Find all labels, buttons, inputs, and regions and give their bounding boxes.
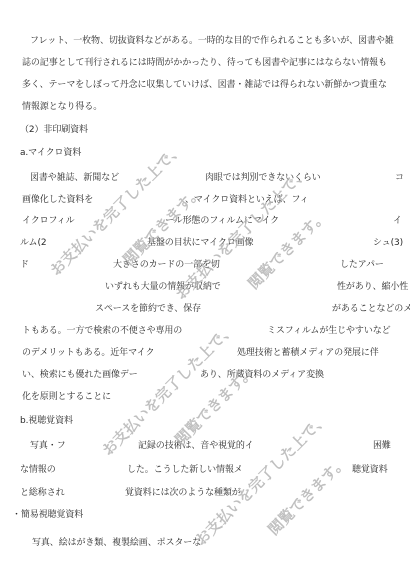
text-segment: 性があり、縮小性 xyxy=(337,279,408,292)
text-line: な情報のした。こうした新しい情報メ聴覚資料 xyxy=(0,462,410,475)
text-segment: な情報の xyxy=(20,462,56,475)
text-segment: 画像化した資料を xyxy=(22,192,93,205)
text-segment: のデメリットもある。近年マイク xyxy=(22,345,154,358)
text-segment: 覚資料には次のような種類が xyxy=(125,485,241,498)
text-line: ルム(2基盤の目状にマイクロ画像シュ(3) xyxy=(0,235,410,248)
text-segment: イクロフィル xyxy=(22,213,75,226)
text-segment: ール形態のフィルムにマイク xyxy=(165,213,279,226)
text-line: 写真、絵はがき類、複製絵画、ポスターな xyxy=(0,535,410,548)
text-line: ド大きさのカードの一部を切したアパー xyxy=(0,257,410,270)
text-segment: 、マイクロ資料といえば、フィ xyxy=(185,192,309,205)
text-line: フレット、一枚物、切抜資料などがある。一時的な目的で作られることも多いが、図書や… xyxy=(0,33,410,46)
text-line: と総称され覚資料には次のような種類が xyxy=(0,485,410,498)
text-segment: 図書や雑誌、新聞など xyxy=(30,170,119,183)
text-segment: （2）非印刷資料 xyxy=(20,122,88,135)
text-segment: ・簡易視聴覚資料 xyxy=(12,507,83,520)
text-segment: 大きさのカードの一部を切 xyxy=(113,257,220,270)
text-line: イクロフィルール形態のフィルムにマイクイ xyxy=(0,213,410,226)
text-segment: 多く、テーマをしぼって丹念に収集していけば、図書・雑誌では得られない新鮮かつ貴重… xyxy=(22,77,387,90)
text-segment: 基盤の目状にマイクロ画像 xyxy=(147,235,253,248)
text-segment: 記録の技術は、音や視覚的イ xyxy=(138,438,254,451)
text-line: 写真・フ記録の技術は、音や視覚的イ困難 xyxy=(0,438,410,451)
text-line: b.視聴覚資料 xyxy=(0,413,410,426)
text-line: ・簡易視聴覚資料 xyxy=(0,507,410,520)
text-segment: トもある。一方で検索の不便さや専用の xyxy=(22,323,182,336)
text-segment: スペースを節約でき、保存 xyxy=(95,301,201,314)
text-segment: 化を原則とすることに xyxy=(22,389,111,402)
text-line: 画像化した資料を、マイクロ資料といえば、フィ xyxy=(0,192,410,205)
text-segment: ルム(2 xyxy=(20,235,46,248)
text-segment: あり、所蔵資料のメディア変換 xyxy=(200,367,324,380)
text-line: のデメリットもある。近年マイク処理技術と蓄積メディアの発展に伴 xyxy=(0,345,410,358)
text-segment: コ xyxy=(395,170,404,183)
text-line: 化を原則とすることに xyxy=(0,389,410,402)
text-segment: い、検索にも優れた画像デー xyxy=(22,367,138,380)
text-segment: フレット、一枚物、切抜資料などがある。一時的な目的で作られることも多いが、図書や… xyxy=(30,33,394,46)
text-line: a.マイクロ資料 xyxy=(0,145,410,158)
text-segment: 肉眼では判別できないくらい xyxy=(205,170,321,183)
text-segment: いずれも大量の情報が収納で xyxy=(105,279,221,292)
text-line: い、検索にも優れた画像デーあり、所蔵資料のメディア変換 xyxy=(0,367,410,380)
text-line: 誌の記事として刊行されるには時間がかかったり、待っても図書や記事にはならない情報… xyxy=(0,55,410,68)
text-line: 情報源となり得る。 xyxy=(0,99,410,112)
text-segment: ド xyxy=(20,257,29,270)
text-segment: があることなどのメリッ xyxy=(332,301,410,314)
document-page: フレット、一枚物、切抜資料などがある。一時的な目的で作られることも多いが、図書や… xyxy=(0,0,410,580)
text-segment: 情報源となり得る。 xyxy=(22,99,102,112)
text-segment: 写真・フ xyxy=(30,438,66,451)
text-segment: 処理技術と蓄積メディアの発展に伴 xyxy=(237,345,379,358)
text-segment: ミスフィルムが生じやすいなど xyxy=(267,323,391,336)
text-segment: と総称され xyxy=(20,485,65,498)
text-segment: 写真、絵はがき類、複製絵画、ポスターな xyxy=(32,535,201,548)
text-segment: b.視聴覚資料 xyxy=(20,413,73,426)
text-line: 多く、テーマをしぼって丹念に収集していけば、図書・雑誌では得られない新鮮かつ貴重… xyxy=(0,77,410,90)
text-line: 図書や雑誌、新聞など肉眼では判別できないくらいコ xyxy=(0,170,410,183)
text-line: スペースを節約でき、保存があることなどのメリッ xyxy=(0,301,410,314)
text-segment: した。こうした新しい情報メ xyxy=(127,462,243,475)
watermark-line1: お支払いを完了した上で、 xyxy=(193,411,331,549)
text-segment: 誌の記事として刊行されるには時間がかかったり、待っても図書や記事にはならない情報… xyxy=(22,55,387,68)
text-segment: したアパー xyxy=(340,257,384,270)
text-line: トもある。一方で検索の不便さや専用のミスフィルムが生じやすいなど xyxy=(0,323,410,336)
text-segment: a.マイクロ資料 xyxy=(20,145,81,158)
text-line: いずれも大量の情報が収納で性があり、縮小性 xyxy=(0,279,410,292)
text-line: （2）非印刷資料 xyxy=(0,122,410,135)
text-segment: 困難 xyxy=(373,438,391,451)
text-segment: 聴覚資料 xyxy=(352,462,388,475)
text-segment: シュ(3) xyxy=(373,235,403,248)
text-segment: イ xyxy=(393,213,402,226)
